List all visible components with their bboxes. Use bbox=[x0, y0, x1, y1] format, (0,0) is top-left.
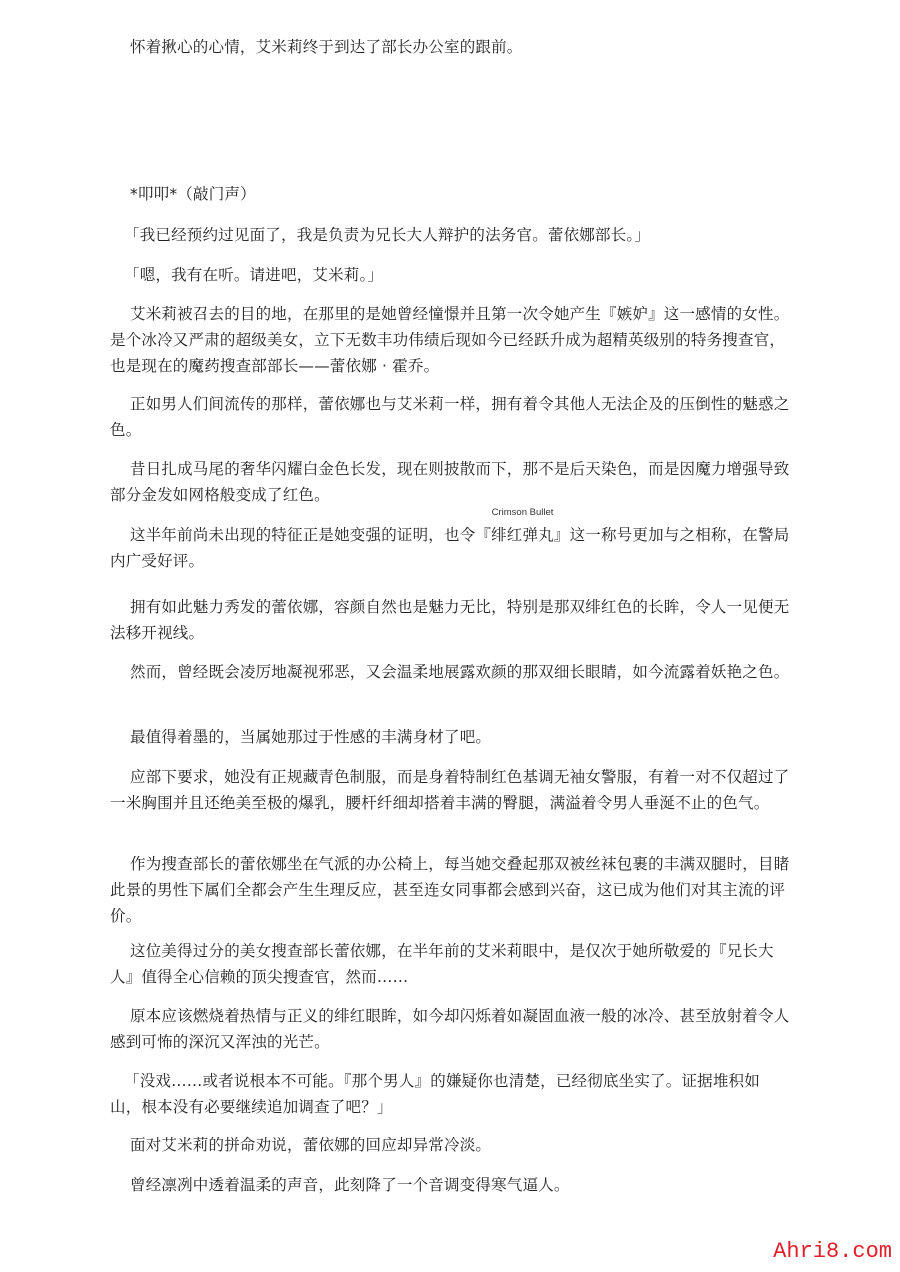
site-watermark: Ahri8.com bbox=[773, 1239, 892, 1264]
paragraph: 拥有如此魅力秀发的蕾依娜，容颜自然也是魅力无比，特别是那双绯红色的长眸，令人一见… bbox=[110, 594, 790, 646]
ruby-base: 『绯红弹丸』 bbox=[475, 526, 569, 544]
paragraph-with-ruby: 这半年前尚未出现的特征正是她变强的证明，也令Crimson Bullet『绯红弹… bbox=[110, 522, 790, 574]
text-before-ruby: 这半年前尚未出现的特征正是她变强的证明，也令 bbox=[130, 526, 475, 544]
paragraph: 曾经凛冽中透着温柔的声音，此刻降了一个音调变得寒气逼人。 bbox=[110, 1172, 790, 1198]
dialogue-line: 「没戏……或者说根本不可能。『那个男人』的嫌疑你也清楚，已经彻底坐实了。证据堆积… bbox=[110, 1068, 790, 1120]
paragraph: 最值得着墨的，当属她那过于性感的丰满身材了吧。 bbox=[110, 724, 790, 750]
paragraph: 作为搜查部长的蕾依娜坐在气派的办公椅上，每当她交叠起那双被丝袜包裹的丰满双腿时，… bbox=[110, 851, 790, 929]
paragraph: 艾米莉被召去的目的地，在那里的是她曾经憧憬并且第一次令她产生『嫉妒』这一感情的女… bbox=[110, 301, 790, 379]
dialogue-line: 「我已经预约过见面了，我是负责为兄长大人辩护的法务官。蕾依娜部长。」 bbox=[110, 222, 790, 248]
paragraph: 怀着揪心的心情，艾米莉终于到达了部长办公室的跟前。 bbox=[110, 34, 790, 60]
dialogue-line: 「嗯，我有在听。请进吧，艾米莉。」 bbox=[110, 262, 790, 288]
paragraph: 正如男人们间流传的那样，蕾依娜也与艾米莉一样，拥有着令其他人无法企及的压倒性的魅… bbox=[110, 391, 790, 443]
paragraph: 然而，曾经既会凌厉地凝视邪恶，又会温柔地展露欢颜的那双细长眼睛，如今流露着妖艳之… bbox=[110, 659, 790, 685]
paragraph: 应部下要求，她没有正规藏青色制服，而是身着特制红色基调无袖女警服，有着一对不仅超… bbox=[110, 764, 790, 816]
paragraph-sound-effect: *叩叩*（敲门声） bbox=[110, 181, 790, 207]
paragraph: 昔日扎成马尾的奢华闪耀白金色长发，现在则披散而下，那不是后天染色，而是因魔力增强… bbox=[110, 456, 790, 508]
paragraph: 这位美得过分的美女搜查部长蕾依娜，在半年前的艾米莉眼中，是仅次于她所敬爱的『兄长… bbox=[110, 938, 790, 990]
paragraph: 面对艾米莉的拼命劝说，蕾依娜的回应却异常冷淡。 bbox=[110, 1132, 790, 1158]
ruby-annotation: Crimson Bullet bbox=[492, 508, 554, 518]
ruby-term: Crimson Bullet『绯红弹丸』 bbox=[475, 522, 569, 548]
paragraph: 原本应该燃烧着热情与正义的绯红眼眸，如今却闪烁着如凝固血液一般的冰冷、甚至放射着… bbox=[110, 1003, 790, 1055]
